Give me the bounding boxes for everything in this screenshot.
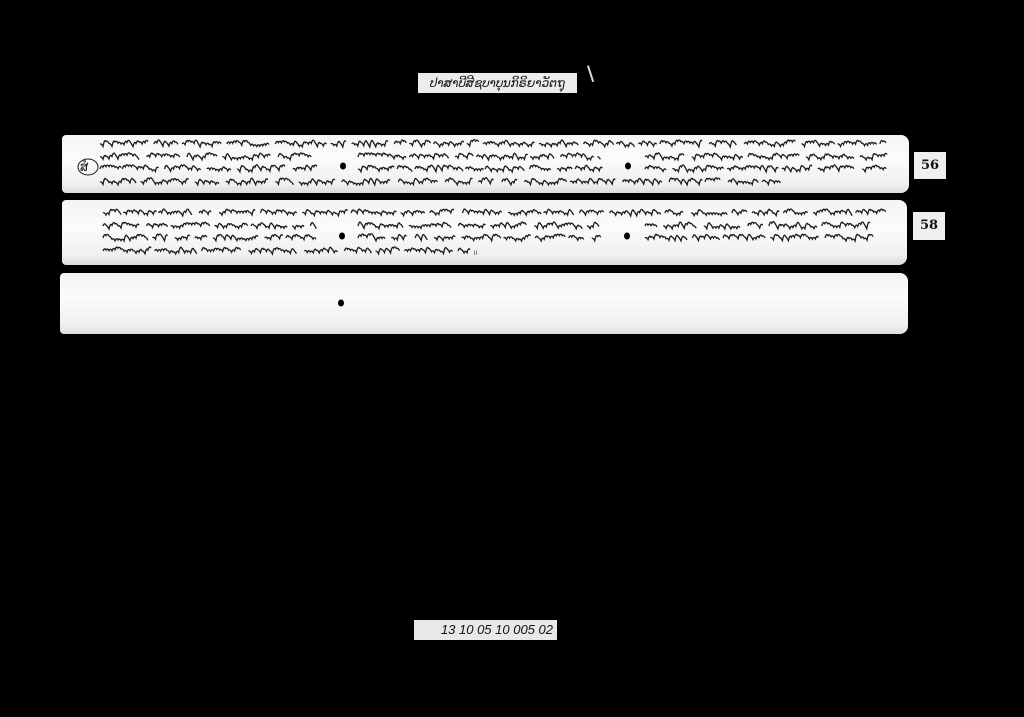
script-text-stroke: [856, 209, 886, 214]
script-text-stroke: [672, 165, 723, 172]
script-text-stroke: [638, 141, 656, 146]
script-text-stroke: [525, 178, 567, 184]
script-text-stroke: [645, 224, 657, 227]
script-text-stroke: [825, 234, 873, 241]
script-text-stroke: [623, 178, 662, 184]
script-text-stroke: [415, 165, 463, 171]
script-text-stroke: [213, 234, 258, 240]
script-text-stroke: [645, 166, 666, 172]
script-text-stroke: [122, 165, 158, 172]
script-text-stroke: [467, 140, 479, 146]
script-text-stroke: [147, 223, 168, 227]
script-text-stroke: [569, 235, 584, 240]
script-text-stroke: [704, 223, 740, 229]
script-text-stroke: [860, 153, 887, 160]
script-text-stroke: [880, 140, 886, 144]
script-text-stroke: [458, 248, 470, 253]
script-text-stroke: [592, 236, 601, 241]
script-text-stroke: [304, 247, 337, 253]
script-text-stroke: [154, 140, 178, 146]
script-text-stroke: [822, 222, 870, 229]
script-text-stroke: [692, 234, 719, 240]
folio-number-label: 56: [914, 152, 946, 179]
script-text-stroke: [103, 247, 151, 254]
script-text-stroke: [275, 178, 293, 185]
script-text-stroke: [394, 140, 406, 144]
binding-hole: [625, 163, 631, 170]
binding-hole: [338, 300, 344, 307]
script-text-stroke: [723, 234, 765, 240]
script-text-stroke: [299, 179, 335, 185]
script-text-stroke: [508, 210, 541, 216]
section-end-mark: ။: [474, 247, 477, 258]
script-text-stroke: [165, 165, 201, 171]
script-text-stroke: [410, 153, 449, 158]
script-text-stroke: [669, 178, 702, 185]
script-text-stroke: [103, 234, 148, 240]
script-text-stroke: [616, 141, 634, 147]
script-text-stroke: [597, 157, 600, 159]
script-text-stroke: [292, 225, 304, 228]
script-text-stroke: [226, 178, 268, 185]
script-text-stroke: [806, 154, 854, 160]
script-text-stroke: [705, 178, 720, 182]
script-text-stroke: [465, 167, 483, 171]
script-text-stroke: [530, 154, 554, 159]
script-text-stroke: [727, 166, 778, 172]
script-text-stroke: [123, 210, 156, 215]
script-text-stroke: [463, 209, 502, 214]
script-text-stroke: [175, 235, 190, 240]
palm-leaf-folio-58: ။: [62, 200, 907, 265]
script-text-stroke: [434, 141, 464, 147]
script-text-stroke: [310, 223, 316, 229]
manuscript-title-label: ປາສາບີສີຊບາບຸນກິຣິຍາວັຕຖຸ: [418, 73, 577, 93]
script-text-stroke: [476, 153, 527, 160]
script-text-stroke: [207, 167, 231, 171]
script-text-stroke: [358, 222, 403, 229]
script-text-stroke: [147, 153, 180, 157]
binding-hole: [339, 233, 345, 240]
script-text-stroke: [818, 165, 854, 171]
script-text-stroke: [478, 178, 493, 184]
script-text-stroke: [748, 153, 799, 159]
script-text-stroke: [103, 209, 121, 215]
script-text-stroke: [665, 210, 683, 215]
script-text-stroke: [275, 140, 326, 147]
script-text-stroke: [462, 234, 501, 240]
script-text-stroke: [584, 140, 614, 147]
script-text-stroke: [430, 209, 454, 215]
script-text-stroke: [692, 153, 743, 160]
script-text-stroke: [100, 165, 121, 169]
script-text-stroke: [769, 222, 817, 229]
script-text-stroke: [100, 178, 136, 184]
script-text-stroke: [544, 209, 574, 215]
script-text-stroke: [539, 140, 578, 147]
script-text-stroke: [286, 235, 316, 240]
script-text-stroke: [530, 165, 551, 170]
script-text-stroke: [202, 247, 241, 252]
script-text-stroke: [490, 222, 526, 228]
script-text-stroke: [709, 140, 736, 146]
palm-leaf-folio-56: ສໍ: [62, 135, 909, 193]
script-text-stroke: [342, 178, 390, 184]
script-text-stroke: [502, 179, 517, 185]
script-text-stroke: [802, 140, 835, 146]
script-text-stroke: [159, 209, 192, 216]
script-text-stroke: [691, 210, 727, 216]
script-text-stroke: [813, 209, 852, 216]
script-text-stroke: [663, 222, 696, 229]
script-text-stroke: [331, 141, 346, 147]
script-text-stroke: [485, 166, 524, 172]
script-text-stroke: [199, 210, 211, 214]
script-text-stroke: [728, 179, 758, 185]
script-text-stroke: [535, 234, 565, 241]
script-text-stroke: [100, 153, 139, 160]
script-text-stroke: [458, 223, 485, 227]
binding-hole: [340, 163, 346, 170]
script-text-stroke: [344, 247, 371, 253]
script-text-stroke: [782, 165, 812, 172]
script-text-stroke: [215, 223, 248, 228]
slash-mark: [587, 65, 594, 82]
script-text-stroke: [237, 165, 285, 172]
script-text-stroke: [534, 222, 582, 229]
folio-number-label: 58: [913, 212, 945, 240]
script-text-stroke: [570, 178, 615, 184]
script-text-stroke: [561, 153, 594, 160]
script-text-stroke: [645, 234, 687, 241]
script-text-stroke: [261, 209, 297, 215]
script-text-stroke: [227, 141, 269, 147]
script-text-stroke: [153, 234, 168, 241]
script-text-stroke: [762, 180, 780, 185]
script-text-stroke: [248, 248, 296, 254]
script-text-stroke: [155, 247, 197, 254]
script-text-stroke: [783, 209, 807, 215]
script-text-stroke: [195, 179, 219, 184]
script-text-stroke: [398, 178, 437, 184]
script-text-stroke: [219, 209, 255, 215]
script-text-stroke: [838, 140, 877, 146]
script-text-stroke: [752, 209, 779, 215]
script-text-stroke: [376, 247, 400, 254]
script-text-stroke: [351, 209, 396, 215]
script-text-stroke: [770, 234, 818, 240]
script-text-stroke: [100, 140, 148, 146]
script-text-stroke: [610, 209, 661, 216]
script-text-stroke: [302, 210, 347, 216]
script-text-stroke: [660, 140, 702, 147]
palm-leaf-blank: [60, 273, 908, 334]
script-text-stroke: [358, 234, 385, 241]
script-text-stroke: [455, 153, 473, 158]
script-text-stroke: [645, 153, 684, 160]
script-text-stroke: [409, 140, 430, 147]
script-text-stroke: [187, 153, 217, 160]
script-text-stroke: [401, 211, 425, 216]
script-text-stroke: [222, 153, 270, 160]
script-text-stroke: [483, 140, 534, 146]
script-text-stroke: [140, 178, 188, 184]
script-text-stroke: [265, 235, 283, 240]
script-text-stroke: [580, 210, 604, 215]
script-text-stroke: [358, 165, 394, 171]
script-text-stroke: [445, 178, 472, 185]
script-text-stroke: [732, 210, 747, 215]
script-text-stroke: [504, 235, 531, 241]
catalog-number-label: 13 10 05 10 005 02: [414, 620, 557, 640]
script-text-stroke: [862, 165, 886, 172]
script-text-stroke: [278, 153, 311, 160]
script-text-stroke: [103, 222, 139, 229]
script-text-stroke: [557, 167, 572, 171]
binding-hole: [624, 233, 630, 240]
script-text-stroke: [434, 236, 455, 241]
script-text-stroke: [397, 166, 412, 172]
script-text-stroke: [358, 153, 406, 159]
script-text-stroke: [195, 236, 207, 240]
script-text-stroke: [415, 234, 427, 240]
script-text-stroke: [251, 223, 287, 229]
script-text-stroke: [748, 222, 763, 228]
script-text-stroke: [744, 140, 795, 146]
script-text-stroke: [587, 222, 599, 228]
script-text-stroke: [352, 140, 388, 147]
margin-mark: ສໍ: [80, 160, 89, 174]
script-text-stroke: [575, 165, 602, 171]
script-text-stroke: [171, 222, 210, 228]
script-text-stroke: [182, 140, 221, 147]
script-text-stroke: [409, 222, 451, 228]
script-text-stroke: [404, 247, 452, 253]
script-text-stroke: [293, 165, 317, 170]
script-text-stroke: [391, 235, 406, 240]
